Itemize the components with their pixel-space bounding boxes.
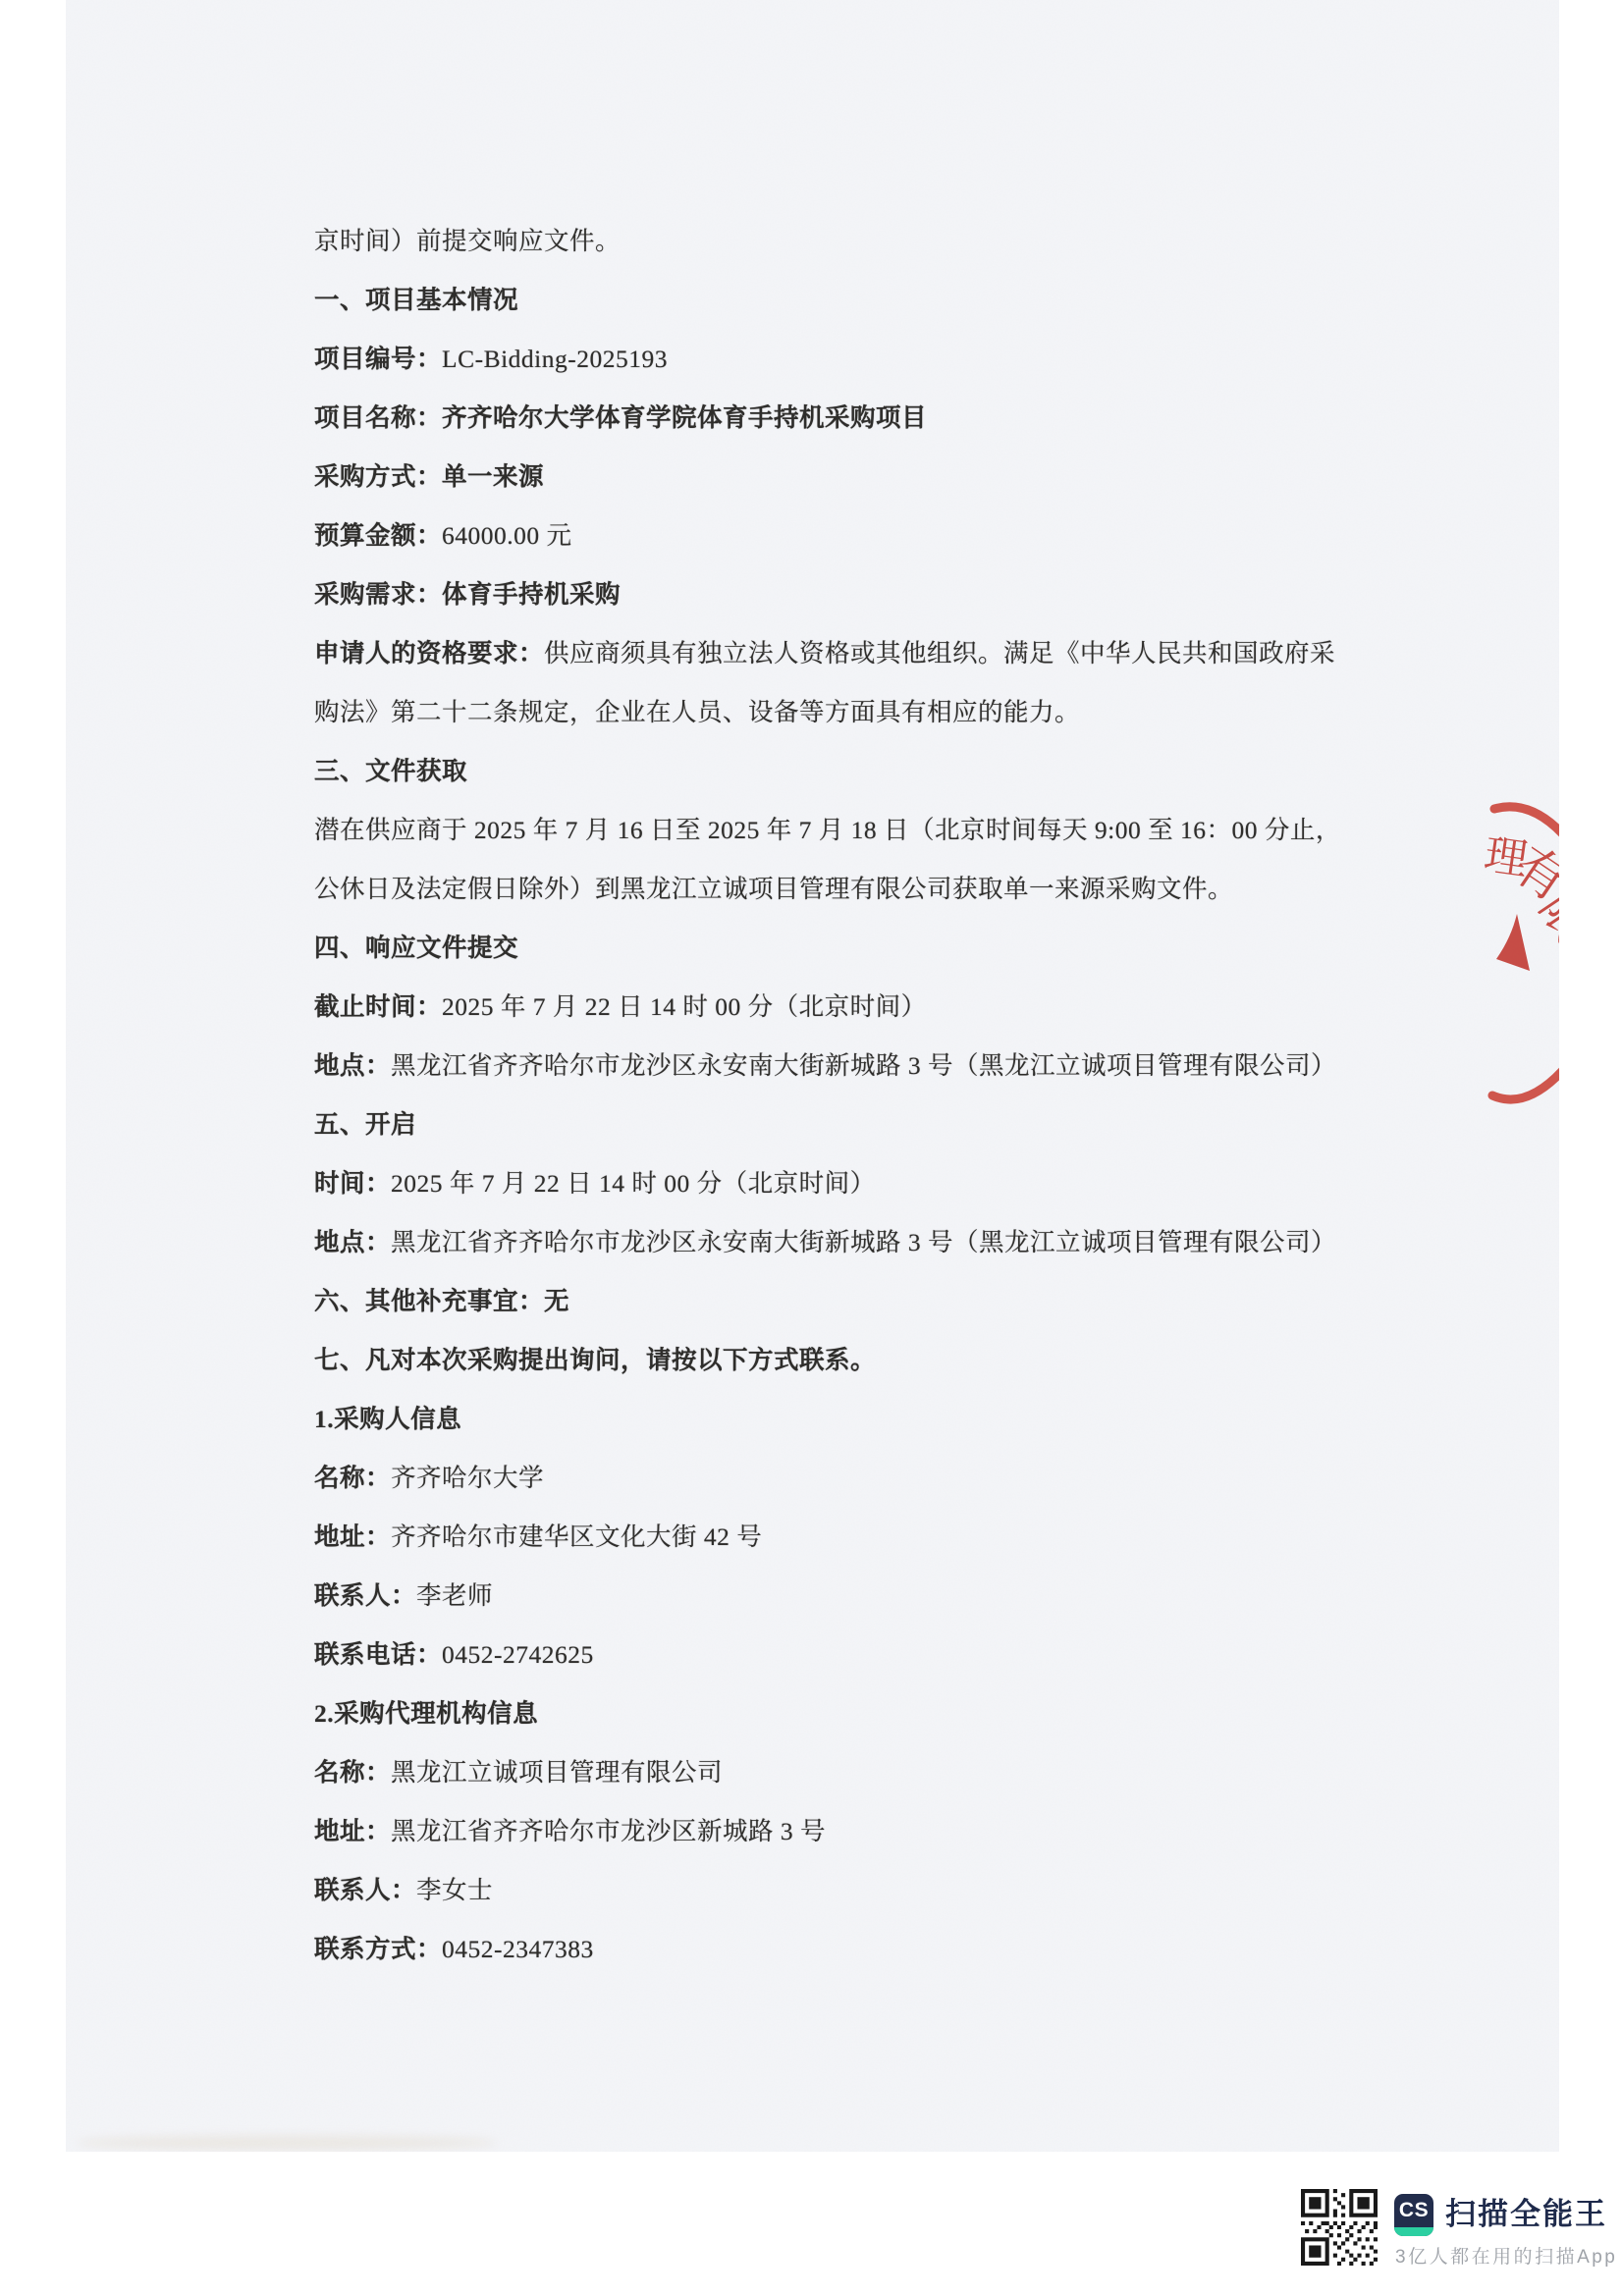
camscanner-watermark: CS 扫描全能王 3亿人都在用的扫描App: [1301, 2185, 1605, 2278]
line-value: 黑龙江省齐齐哈尔市龙沙区永安南大街新城路 3 号（黑龙江立诚项目管理有限公司）: [391, 1228, 1336, 1256]
doc-line-open-location: 地点：黑龙江省齐齐哈尔市龙沙区永安南大街新城路 3 号（黑龙江立诚项目管理有限公…: [314, 1213, 1473, 1272]
camscanner-app-icon: CS: [1394, 2194, 1433, 2236]
line-label: 项目名称：齐齐哈尔大学体育学院体育手持机采购项目: [314, 403, 927, 432]
doc-line-agency-phone: 联系方式：0452-2347383: [314, 1920, 1473, 1979]
line-value: 京时间）前提交响应文件。: [314, 227, 621, 255]
line-label: 四、响应文件提交: [314, 934, 518, 962]
line-label: 截止时间：: [314, 992, 442, 1021]
doc-line-qualification-2: 购法》第二十二条规定，企业在人员、设备等方面具有相应的能力。: [314, 683, 1473, 742]
doc-line-agency-info-heading: 2.采购代理机构信息: [314, 1684, 1473, 1743]
line-label: 三、文件获取: [314, 757, 467, 785]
doc-line-heading-4: 四、响应文件提交: [314, 919, 1473, 978]
line-label: 采购需求：体育手持机采购: [314, 580, 621, 609]
doc-line-buyer-address: 地址：齐齐哈尔市建华区文化大街 42 号: [314, 1508, 1473, 1567]
doc-line-heading-7: 七、凡对本次采购提出询问，请按以下方式联系。: [314, 1331, 1473, 1390]
line-label: 预算金额：: [314, 521, 442, 550]
line-label: 一、项目基本情况: [314, 286, 518, 314]
line-label: 项目编号：: [314, 345, 442, 373]
line-label: 地址：: [314, 1817, 391, 1845]
line-label: 采购方式：单一来源: [314, 462, 544, 491]
red-seal-stamp: 理 有 限: [1463, 785, 1559, 1119]
stamp-top-arc: [1494, 807, 1559, 834]
cs-logo-text: CS: [1394, 2194, 1433, 2226]
doc-line-heading-6: 六、其他补充事宜：无: [314, 1272, 1473, 1331]
line-value: LC-Bidding-2025193: [442, 345, 668, 373]
doc-line-project-name: 项目名称：齐齐哈尔大学体育学院体育手持机采购项目: [314, 389, 1473, 448]
line-label: 五、开启: [314, 1110, 416, 1139]
stamp-star-wedge: [1496, 914, 1530, 971]
doc-line-procurement-method: 采购方式：单一来源: [314, 448, 1473, 507]
line-value: 潜在供应商于 2025 年 7 月 16 日至 2025 年 7 月 18 日（…: [314, 816, 1341, 844]
doc-line-submit-location: 地点：黑龙江省齐齐哈尔市龙沙区永安南大街新城路 3 号（黑龙江立诚项目管理有限公…: [314, 1037, 1473, 1095]
app-name: 扫描全能王: [1445, 2199, 1607, 2230]
line-label: 1.采购人信息: [314, 1405, 461, 1433]
qr-code-icon: [1301, 2189, 1378, 2266]
line-value: 2025 年 7 月 22 日 14 时 00 分（北京时间）: [442, 992, 927, 1021]
line-value: 2025 年 7 月 22 日 14 时 00 分（北京时间）: [391, 1169, 876, 1198]
doc-line-obtain-2: 公休日及法定假日除外）到黑龙江立诚项目管理有限公司获取单一来源采购文件。: [314, 860, 1473, 919]
doc-line-budget: 预算金额：64000.00 元: [314, 507, 1473, 565]
scanned-page: 京时间）前提交响应文件。 一、项目基本情况 项目编号：LC-Bidding-20…: [66, 0, 1559, 2152]
line-label: 地点：: [314, 1228, 391, 1256]
doc-line: 京时间）前提交响应文件。: [314, 212, 1473, 271]
line-label: 2.采购代理机构信息: [314, 1699, 538, 1728]
line-value: 0452-2347383: [442, 1935, 594, 1963]
document-text: 京时间）前提交响应文件。 一、项目基本情况 项目编号：LC-Bidding-20…: [314, 212, 1473, 1979]
doc-line-buyer-info-heading: 1.采购人信息: [314, 1390, 1473, 1449]
doc-line-heading-3: 三、文件获取: [314, 742, 1473, 801]
doc-line-heading-1: 一、项目基本情况: [314, 271, 1473, 330]
doc-line-deadline: 截止时间：2025 年 7 月 22 日 14 时 00 分（北京时间）: [314, 978, 1473, 1037]
line-value: 购法》第二十二条规定，企业在人员、设备等方面具有相应的能力。: [314, 698, 1080, 726]
app-tagline: 3亿人都在用的扫描App: [1395, 2242, 1617, 2269]
line-value: 0452-2742625: [442, 1640, 594, 1669]
doc-line-qualification-1: 申请人的资格要求：供应商须具有独立法人资格或其他组织。满足《中华人民共和国政府采: [314, 624, 1473, 683]
line-label: 名称：: [314, 1464, 391, 1492]
line-value: 齐齐哈尔大学: [391, 1464, 544, 1492]
line-value: 李老师: [416, 1581, 493, 1610]
doc-line-open-time: 时间：2025 年 7 月 22 日 14 时 00 分（北京时间）: [314, 1154, 1473, 1213]
doc-line-obtain-1: 潜在供应商于 2025 年 7 月 16 日至 2025 年 7 月 18 日（…: [314, 801, 1473, 860]
doc-line-agency-address: 地址：黑龙江省齐齐哈尔市龙沙区新城路 3 号: [314, 1802, 1473, 1861]
line-label: 申请人的资格要求：: [314, 639, 544, 667]
line-value: 李女士: [416, 1876, 493, 1904]
doc-line-agency-name: 名称：黑龙江立诚项目管理有限公司: [314, 1743, 1473, 1802]
line-value: 供应商须具有独立法人资格或其他组织。满足《中华人民共和国政府采: [544, 639, 1335, 667]
line-label: 联系人：: [314, 1876, 416, 1904]
line-value: 黑龙江立诚项目管理有限公司: [391, 1758, 723, 1787]
line-label: 联系电话：: [314, 1640, 442, 1669]
doc-line-buyer-phone: 联系电话：0452-2742625: [314, 1626, 1473, 1684]
line-value: 齐齐哈尔市建华区文化大街 42 号: [391, 1522, 762, 1551]
line-value: 黑龙江省齐齐哈尔市龙沙区永安南大街新城路 3 号（黑龙江立诚项目管理有限公司）: [391, 1051, 1336, 1080]
line-label: 地址：: [314, 1522, 391, 1551]
line-label: 时间：: [314, 1169, 391, 1198]
stamp-bottom-arc: [1492, 1070, 1559, 1099]
line-value: 64000.00 元: [442, 521, 572, 550]
doc-line-buyer-name: 名称：齐齐哈尔大学: [314, 1449, 1473, 1508]
line-label: 七、凡对本次采购提出询问，请按以下方式联系。: [314, 1346, 876, 1374]
doc-line-buyer-contact: 联系人：李老师: [314, 1567, 1473, 1626]
line-value: 黑龙江省齐齐哈尔市龙沙区新城路 3 号: [391, 1817, 826, 1845]
line-label: 联系人：: [314, 1581, 416, 1610]
doc-line-agency-contact: 联系人：李女士: [314, 1861, 1473, 1920]
line-value: 公休日及法定假日除外）到黑龙江立诚项目管理有限公司获取单一来源采购文件。: [314, 875, 1233, 903]
line-label: 六、其他补充事宜：无: [314, 1287, 569, 1315]
line-label: 联系方式：: [314, 1935, 442, 1963]
doc-line-project-number: 项目编号：LC-Bidding-2025193: [314, 330, 1473, 389]
doc-line-demand: 采购需求：体育手持机采购: [314, 565, 1473, 624]
line-label: 名称：: [314, 1758, 391, 1787]
doc-line-heading-5: 五、开启: [314, 1095, 1473, 1154]
line-label: 地点：: [314, 1051, 391, 1080]
page-bottom-smudge: [76, 2136, 498, 2150]
cs-logo-teal-band: [1394, 2227, 1433, 2236]
